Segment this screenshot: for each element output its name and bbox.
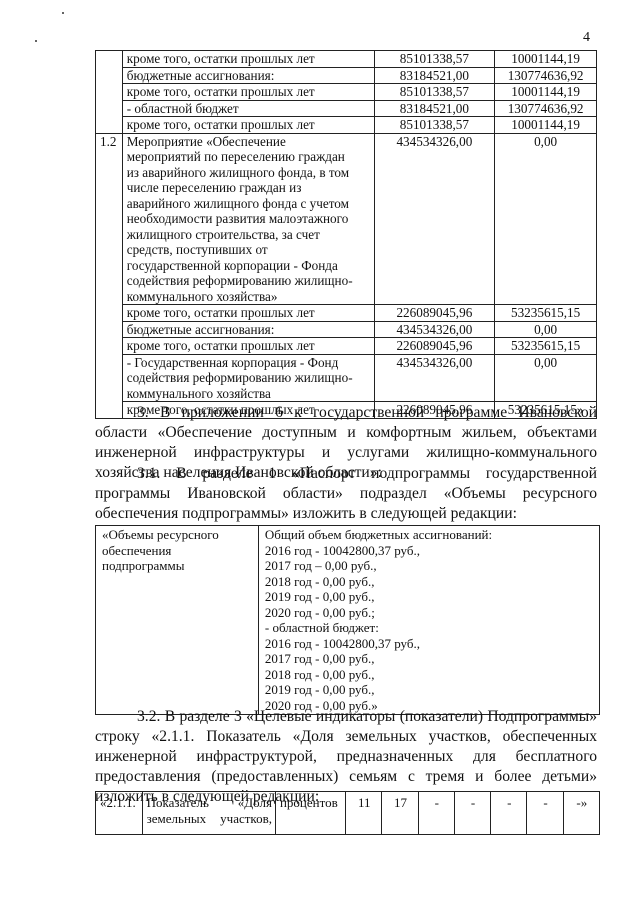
text-line: 2016 год - 10042800,37 руб., [265, 636, 593, 652]
page-number: 4 [583, 30, 590, 46]
table-row: кроме того, остатки прошлых лет85101338,… [96, 84, 597, 101]
row-label-cell: кроме того, остатки прошлых лет [122, 51, 374, 68]
text-line: 2020 год - 0,00 руб.; [265, 605, 593, 621]
table-row: - Государственная корпорация - Фондсодей… [96, 354, 597, 402]
indicator-value: 17 [382, 792, 418, 835]
text: участков, [220, 811, 272, 827]
amount-2016-cell: 226089045,96 [374, 338, 495, 355]
row-label-cell: бюджетные ассигнования: [122, 67, 374, 84]
amount-2016-cell: 434534326,00 [374, 321, 495, 338]
indicator-name: Показатель«Доля земельныхучастков, [142, 792, 275, 835]
indicator-value: 11 [346, 792, 382, 835]
text-line: - областной бюджет: [265, 620, 593, 636]
amount-2017-cell: 0,00 [495, 354, 597, 402]
table-row: бюджетные ассигнования:83184521,00130774… [96, 67, 597, 84]
row-number-cell [96, 354, 123, 402]
row-number-cell [96, 67, 123, 84]
table-row: кроме того, остатки прошлых лет85101338,… [96, 117, 597, 134]
amount-2016-cell: 83184521,00 [374, 100, 495, 117]
text-line: 2017 год - 0,00 руб., [265, 651, 593, 667]
row-label-cell: кроме того, остатки прошлых лет [122, 338, 374, 355]
table-row: кроме того, остатки прошлых лет85101338,… [96, 51, 597, 68]
table-row: «Объемы ресурсного обеспечения подпрогра… [96, 526, 600, 715]
amount-2017-cell: 0,00 [495, 133, 597, 305]
text: земельных [147, 811, 207, 827]
table-row: - областной бюджет83184521,00130774636,9… [96, 100, 597, 117]
amount-2017-cell: 130774636,92 [495, 100, 597, 117]
amount-2017-cell: 10001144,19 [495, 117, 597, 134]
indicator-number: «2.1.1. [96, 792, 143, 835]
table-row: кроме того, остатки прошлых лет226089045… [96, 338, 597, 355]
text-line: содействия реформированию жилищно- [127, 370, 370, 386]
amount-2016-cell: 83184521,00 [374, 67, 495, 84]
scan-speck [35, 40, 37, 42]
text-line: коммунального хозяйства» [127, 289, 370, 305]
amount-2017-cell: 53235615,15 [495, 305, 597, 322]
row-number-cell [96, 84, 123, 101]
amount-2016-cell: 85101338,57 [374, 51, 495, 68]
indicator-value: - [418, 792, 454, 835]
text-line: мероприятий по переселению граждан [127, 149, 370, 165]
budget-table: кроме того, остатки прошлых лет85101338,… [95, 50, 597, 419]
text-line: области «Обеспечение доступным и комфорт… [95, 423, 597, 443]
text: «Доля [238, 795, 272, 811]
text-line: коммунального хозяйства [127, 386, 370, 402]
resource-label-cell: «Объемы ресурсного обеспечения подпрогра… [96, 526, 259, 715]
amount-2016-cell: 85101338,57 [374, 84, 495, 101]
resource-table: «Объемы ресурсного обеспечения подпрогра… [95, 525, 600, 715]
resource-values-cell: Общий объем бюджетных ассигнований: 2016… [258, 526, 599, 715]
amount-2017-cell: 10001144,19 [495, 51, 597, 68]
table-row: бюджетные ассигнования:434534326,000,00 [96, 321, 597, 338]
row-label-cell: кроме того, остатки прошлых лет [122, 84, 374, 101]
text-line: строку «2.1.1. Показатель «Доля земельны… [95, 727, 597, 747]
amount-2016-cell: 434534326,00 [374, 354, 495, 402]
row-number-cell [96, 321, 123, 338]
indicator-value: -» [563, 792, 599, 835]
indicator-unit: процентов [275, 792, 345, 835]
table-row: 1.2Мероприятие «Обеспечениемероприятий п… [96, 133, 597, 305]
table-row: «2.1.1. Показатель«Доля земельныхучастко… [96, 792, 600, 835]
text: Показатель [147, 795, 209, 811]
text-line: числе переселению граждан из [127, 180, 370, 196]
indicator-value: - [527, 792, 563, 835]
row-label-cell: - Государственная корпорация - Фондсодей… [122, 354, 374, 402]
row-number-cell [96, 338, 123, 355]
amount-2016-cell: 434534326,00 [374, 133, 495, 305]
text-line: «Объемы ресурсного [102, 527, 252, 543]
text-line: 2017 год – 0,00 руб., [265, 558, 593, 574]
text-line: 2018 год - 0,00 руб., [265, 667, 593, 683]
row-label-cell: бюджетные ассигнования: [122, 321, 374, 338]
amount-2017-cell: 10001144,19 [495, 84, 597, 101]
indicator-table: «2.1.1. Показатель«Доля земельныхучастко… [95, 791, 600, 835]
row-label-cell: кроме того, остатки прошлых лет [122, 305, 374, 322]
row-label-cell: - областной бюджет [122, 100, 374, 117]
text-line: предоставления (предоставленных) семьям … [95, 767, 597, 787]
paragraph-3-1: 3.1. В разделе 1 «Паспорт подпрограммы г… [95, 464, 597, 524]
text-line: жилищного строительства, за счет [127, 227, 370, 243]
text-line: подпрограммы [102, 558, 252, 574]
text-line: из аварийного жилищного фонда, в том [127, 165, 370, 181]
text-line: Мероприятие «Обеспечение [127, 134, 370, 150]
scan-speck [62, 12, 64, 14]
text-line: 2016 год - 10042800,37 руб., [265, 543, 593, 559]
amount-2017-cell: 130774636,92 [495, 67, 597, 84]
row-label-cell: кроме того, остатки прошлых лет [122, 117, 374, 134]
text-line: 3. В приложении 6 к государственной прог… [95, 403, 597, 423]
row-number-cell: 1.2 [96, 133, 123, 305]
amount-2017-cell: 0,00 [495, 321, 597, 338]
indicator-value: - [454, 792, 490, 835]
text-line: 2019 год - 0,00 руб., [265, 682, 593, 698]
text-line: государственной корпорации - Фонда [127, 258, 370, 274]
text-line: 2019 год - 0,00 руб., [265, 589, 593, 605]
amount-2016-cell: 226089045,96 [374, 305, 495, 322]
text-line: средств, поступивших от [127, 242, 370, 258]
row-number-cell [96, 117, 123, 134]
amount-2016-cell: 85101338,57 [374, 117, 495, 134]
row-label-cell: Мероприятие «Обеспечениемероприятий по п… [122, 133, 374, 305]
text-line: - Государственная корпорация - Фонд [127, 355, 370, 371]
amount-2017-cell: 53235615,15 [495, 338, 597, 355]
text-line: 2018 год - 0,00 руб., [265, 574, 593, 590]
row-number-cell [96, 100, 123, 117]
text-line: необходимости развития малоэтажного [127, 211, 370, 227]
row-number-cell [96, 51, 123, 68]
text-line: содействия реформированию жилищно- [127, 273, 370, 289]
text-line: 3.2. В разделе 3 «Целевые индикаторы (по… [95, 707, 597, 727]
indicator-value: - [491, 792, 527, 835]
text-line: Общий объем бюджетных ассигнований: [265, 527, 593, 543]
text-line: инженерной инфраструктурой, предназначен… [95, 747, 597, 767]
table-row: кроме того, остатки прошлых лет226089045… [96, 305, 597, 322]
text-line: обеспечения подпрограммы» изложить в сле… [95, 504, 597, 524]
text-line: программы Ивановской области» подраздел … [95, 484, 597, 504]
text-line: обеспечения [102, 543, 252, 559]
text-line: аварийного жилищного фонда с учетом [127, 196, 370, 212]
text-line: инженерной инфраструктуры и услугами жил… [95, 443, 597, 463]
row-number-cell [96, 305, 123, 322]
text-line: 3.1. В разделе 1 «Паспорт подпрограммы г… [95, 464, 597, 484]
